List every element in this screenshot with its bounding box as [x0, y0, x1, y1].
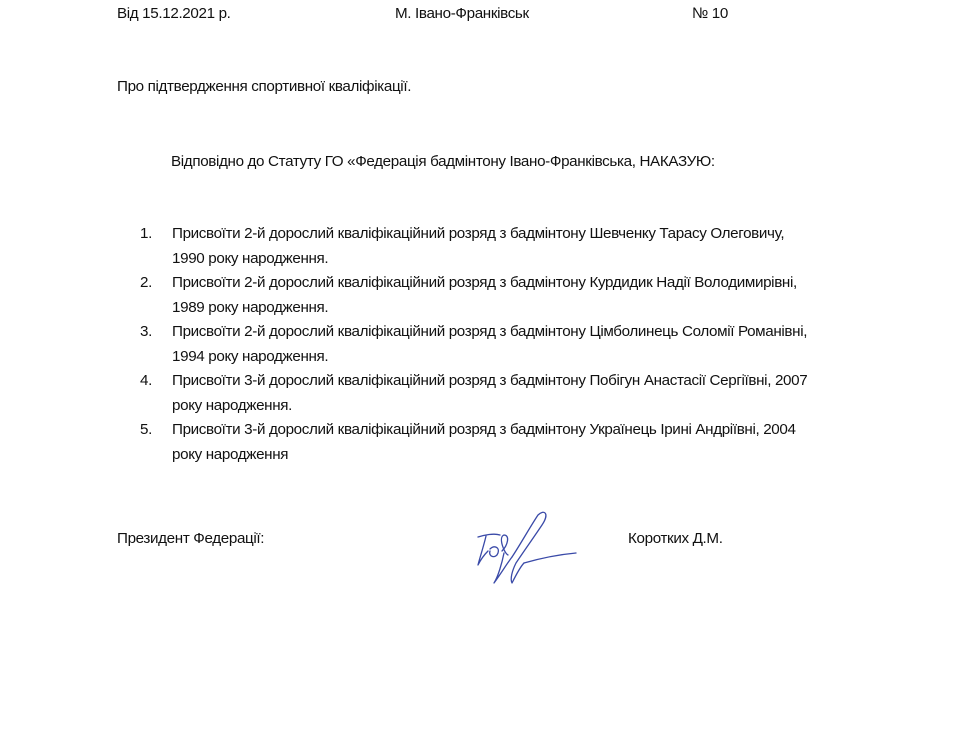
- order-subject: Про підтвердження спортивної кваліфікаці…: [117, 78, 411, 95]
- order-number: № 10: [692, 5, 728, 22]
- order-item-line2: 1994 року народження.: [172, 345, 900, 370]
- order-item: 3. Присвоїти 2-й дорослий кваліфікаційни…: [140, 320, 900, 369]
- order-item-line1: Присвоїти 2-й дорослий кваліфікаційний р…: [172, 222, 900, 247]
- order-city: М. Івано-Франківськ: [395, 5, 529, 22]
- order-item-number: 3.: [140, 320, 152, 345]
- order-item-line2: 1990 року народження.: [172, 247, 900, 272]
- order-item-number: 1.: [140, 222, 152, 247]
- signatory-title: Президент Федерації:: [117, 530, 264, 547]
- order-item: 2. Присвоїти 2-й дорослий кваліфікаційни…: [140, 271, 900, 320]
- order-item-line2: 1989 року народження.: [172, 296, 900, 321]
- order-date: Від 15.12.2021 р.: [117, 5, 231, 22]
- order-item-line1: Присвоїти 2-й дорослий кваліфікаційний р…: [172, 320, 900, 345]
- order-preamble: Відповідно до Статуту ГО «Федерація бадм…: [171, 153, 715, 170]
- order-item-line1: Присвоїти 2-й дорослий кваліфікаційний р…: [172, 271, 900, 296]
- order-item-number: 5.: [140, 418, 152, 443]
- order-item-number: 4.: [140, 369, 152, 394]
- order-item-number: 2.: [140, 271, 152, 296]
- order-list: 1. Присвоїти 2-й дорослий кваліфікаційни…: [140, 222, 900, 467]
- order-item-line1: Присвоїти 3-й дорослий кваліфікаційний р…: [172, 418, 900, 443]
- order-item-line2: року народження: [172, 443, 900, 468]
- order-item: 5. Присвоїти 3-й дорослий кваліфікаційни…: [140, 418, 900, 467]
- signatory-name: Коротких Д.М.: [628, 530, 723, 547]
- order-item: 1. Присвоїти 2-й дорослий кваліфікаційни…: [140, 222, 900, 271]
- order-item-line1: Присвоїти 3-й дорослий кваліфікаційний р…: [172, 369, 900, 394]
- signature-icon: [468, 505, 588, 590]
- order-item-line2: року народження.: [172, 394, 900, 419]
- order-item: 4. Присвоїти 3-й дорослий кваліфікаційни…: [140, 369, 900, 418]
